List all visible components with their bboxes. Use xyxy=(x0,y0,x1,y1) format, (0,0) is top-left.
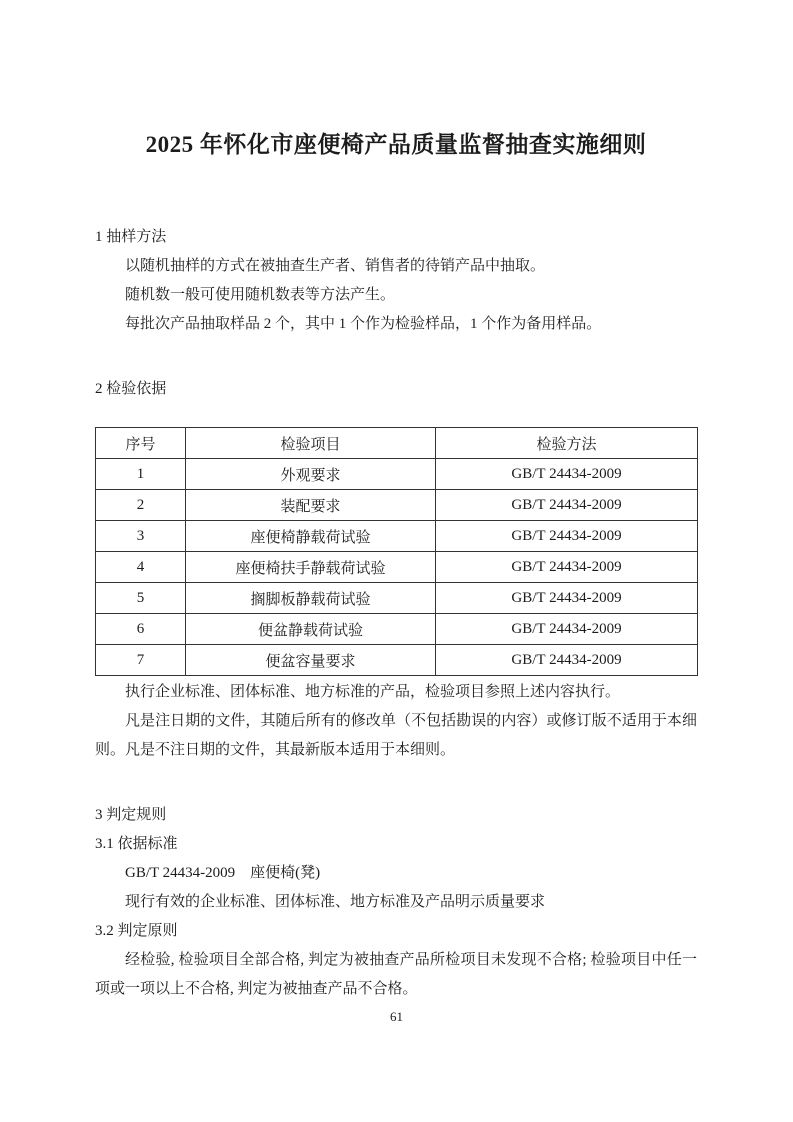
section-1-paragraph: 以随机抽样的方式在被抽查生产者、销售者的待销产品中抽取。 xyxy=(95,252,697,281)
section-3-2-paragraph: 经检验, 检验项目全部合格, 判定为被抽查产品所检项目未发现不合格; 检验项目中… xyxy=(95,946,697,1004)
cell-item: 便盆容量要求 xyxy=(186,645,436,676)
table-row: 4 座便椅扶手静载荷试验 GB/T 24434-2009 xyxy=(96,552,698,583)
standard-reference-line: 现行有效的企业标准、团体标准、地方标准及产品明示质量要求 xyxy=(95,888,697,917)
standard-reference-line: GB/T 24434-2009 座便椅(凳) xyxy=(95,859,697,888)
table-row: 5 搁脚板静载荷试验 GB/T 24434-2009 xyxy=(96,583,698,614)
table-header-item: 检验项目 xyxy=(186,428,436,459)
cell-item: 座便椅扶手静载荷试验 xyxy=(186,552,436,583)
table-header-row: 序号 检验项目 检验方法 xyxy=(96,428,698,459)
cell-method: GB/T 24434-2009 xyxy=(436,490,698,521)
cell-seq: 2 xyxy=(96,490,186,521)
cell-seq: 7 xyxy=(96,645,186,676)
section-1-paragraph: 随机数一般可使用随机数表等方法产生。 xyxy=(95,281,697,310)
section-2-paragraph: 执行企业标准、团体标准、地方标准的产品，检验项目参照上述内容执行。 xyxy=(95,678,697,707)
section-3-heading: 3 判定规则 xyxy=(95,801,697,830)
cell-item: 装配要求 xyxy=(186,490,436,521)
cell-item: 外观要求 xyxy=(186,459,436,490)
cell-method: GB/T 24434-2009 xyxy=(436,614,698,645)
table-row: 6 便盆静载荷试验 GB/T 24434-2009 xyxy=(96,614,698,645)
section-2-paragraph: 凡是注日期的文件，其随后所有的修改单（不包括勘误的内容）或修订版不适用于本细则。… xyxy=(95,707,697,765)
table-header-seq: 序号 xyxy=(96,428,186,459)
cell-method: GB/T 24434-2009 xyxy=(436,552,698,583)
cell-method: GB/T 24434-2009 xyxy=(436,645,698,676)
section-3-1-heading: 3.1 依据标准 xyxy=(95,830,697,859)
cell-method: GB/T 24434-2009 xyxy=(436,583,698,614)
section-3-2-heading: 3.2 判定原则 xyxy=(95,917,697,946)
table-header-method: 检验方法 xyxy=(436,428,698,459)
inspection-basis-table: 序号 检验项目 检验方法 1 外观要求 GB/T 24434-2009 2 装配… xyxy=(95,427,698,676)
cell-item: 搁脚板静载荷试验 xyxy=(186,583,436,614)
cell-item: 便盆静载荷试验 xyxy=(186,614,436,645)
page-title: 2025 年怀化市座便椅产品质量监督抽查实施细则 xyxy=(95,128,697,162)
document-content: 2025 年怀化市座便椅产品质量监督抽查实施细则 1 抽样方法 以随机抽样的方式… xyxy=(0,128,793,1004)
cell-method: GB/T 24434-2009 xyxy=(436,459,698,490)
cell-seq: 3 xyxy=(96,521,186,552)
table-row: 2 装配要求 GB/T 24434-2009 xyxy=(96,490,698,521)
table-row: 3 座便椅静载荷试验 GB/T 24434-2009 xyxy=(96,521,698,552)
cell-seq: 4 xyxy=(96,552,186,583)
cell-seq: 5 xyxy=(96,583,186,614)
page-number: 61 xyxy=(0,1008,793,1026)
cell-seq: 1 xyxy=(96,459,186,490)
cell-method: GB/T 24434-2009 xyxy=(436,521,698,552)
table-row: 7 便盆容量要求 GB/T 24434-2009 xyxy=(96,645,698,676)
cell-item: 座便椅静载荷试验 xyxy=(186,521,436,552)
section-1-paragraph: 每批次产品抽取样品 2 个，其中 1 个作为检验样品，1 个作为备用样品。 xyxy=(95,310,697,339)
section-2-heading: 2 检验依据 xyxy=(95,375,697,404)
document-page: 2025 年怀化市座便椅产品质量监督抽查实施细则 1 抽样方法 以随机抽样的方式… xyxy=(0,0,793,1122)
section-1-heading: 1 抽样方法 xyxy=(95,223,697,252)
cell-seq: 6 xyxy=(96,614,186,645)
table-row: 1 外观要求 GB/T 24434-2009 xyxy=(96,459,698,490)
